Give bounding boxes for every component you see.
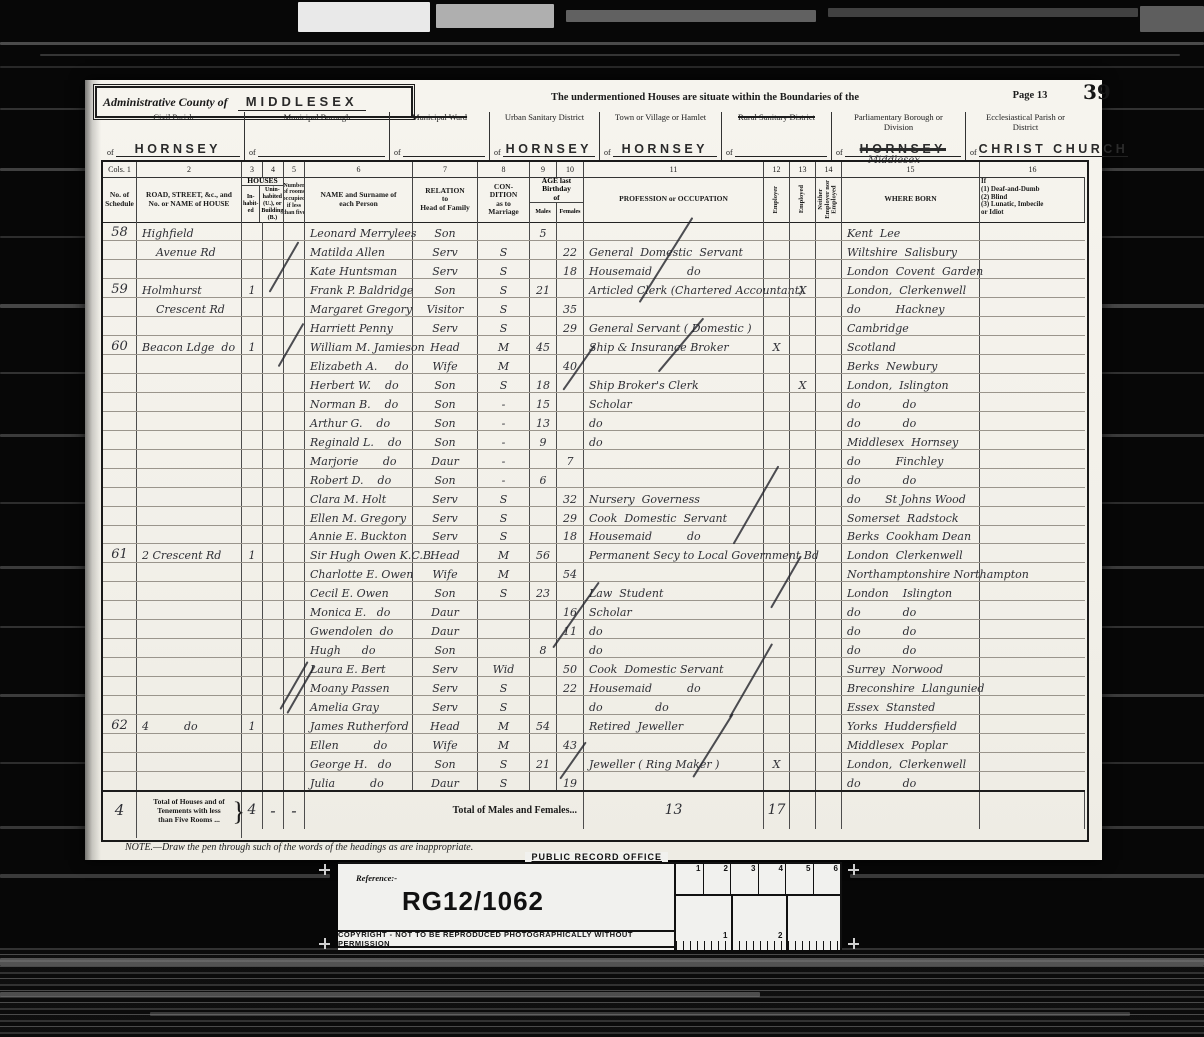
cell-inhabited: 1	[242, 544, 263, 562]
cell-age-female: 50	[557, 658, 584, 676]
cell-employer-mark	[764, 412, 790, 430]
column-number: 4	[263, 162, 284, 177]
cell-neither-mark	[816, 715, 842, 733]
cell-where-born: do do	[842, 772, 980, 790]
ruler-divider	[786, 896, 788, 950]
registration-cross	[848, 938, 859, 949]
stamp-scale-panel: 123456 12	[674, 862, 842, 950]
table-row: 612 Crescent Rd1Sir Hugh Owen K.C.B.Head…	[103, 544, 1085, 563]
cell-name: Herbert W. do	[305, 374, 413, 392]
cell-age-male	[530, 241, 557, 259]
cell-employer-mark	[764, 355, 790, 373]
header-road: ROAD, STREET, &c., and No. or NAME of HO…	[137, 177, 242, 222]
cell-employed-mark: X	[790, 279, 816, 297]
cell-neither-mark	[816, 772, 842, 790]
scan-streak	[0, 992, 760, 997]
cell-employed-mark	[790, 715, 816, 733]
cell-occupation: Housemaid do	[584, 260, 764, 278]
cell-name: Julia do	[305, 772, 413, 790]
page-number: Page 13	[990, 90, 1070, 101]
cell-age-female	[557, 469, 584, 487]
cell-inhabited	[242, 620, 263, 638]
column-number: 6	[305, 162, 413, 177]
cell-employer-mark: X	[764, 336, 790, 354]
district-value-row: ofCHRIST CHURCH	[970, 142, 1081, 157]
cell-relation: Head	[413, 544, 478, 562]
cell-uninhabited	[263, 222, 284, 240]
cell-age-female: 29	[557, 507, 584, 525]
header-houses: HOUSES	[242, 177, 283, 186]
scale-box: 3	[731, 864, 759, 894]
total-empty-infirm	[137, 829, 242, 839]
cell-relation: Wife	[413, 563, 478, 581]
scale-boxes: 123456	[676, 864, 840, 896]
cell-road	[137, 601, 242, 619]
district-value-row: of	[726, 148, 827, 157]
cell-where-born: Surrey Norwood	[842, 658, 980, 676]
header-name: NAME and Surname of each Person	[305, 177, 413, 222]
cell-occupation	[584, 450, 764, 468]
scale-number: 3	[751, 864, 755, 873]
cell-age-female	[557, 279, 584, 297]
cell-age-male: 21	[530, 279, 557, 297]
cell-age-male	[530, 696, 557, 714]
cell-relation: Son	[413, 412, 478, 430]
cell-schedule: 62	[103, 715, 137, 733]
cell-road	[137, 658, 242, 676]
scan-streak	[0, 66, 1204, 68]
cell-relation: Daur	[413, 620, 478, 638]
cell-schedule: 61	[103, 544, 137, 562]
cell-employer-mark	[764, 696, 790, 714]
district-underline	[403, 156, 485, 157]
cell-age-female	[557, 582, 584, 600]
cell-road	[137, 374, 242, 392]
scale-box: 1	[676, 864, 704, 894]
cell-where-born: do do	[842, 393, 980, 411]
cell-age-male	[530, 260, 557, 278]
cell-schedule	[103, 677, 137, 695]
cell-occupation: Scholar	[584, 601, 764, 619]
cell-schedule	[103, 639, 137, 657]
of-label: of	[726, 148, 733, 157]
cell-relation: Son	[413, 222, 478, 240]
cell-employed-mark	[790, 639, 816, 657]
cell-age-male: 5	[530, 222, 557, 240]
cell-infirmity	[980, 412, 1085, 430]
table-row: Ellen doWifeM43Middlesex Poplar	[103, 734, 1085, 753]
cell-neither-mark	[816, 317, 842, 335]
cell-inhabited	[242, 222, 263, 240]
cell-employer-mark: X	[764, 753, 790, 771]
cell-road	[137, 469, 242, 487]
cell-age-male	[530, 488, 557, 506]
header-relation: RELATION to Head of Family	[413, 177, 478, 222]
cell-employed-mark	[790, 431, 816, 449]
table-row: Robert D. doSon-6do do	[103, 469, 1085, 488]
district-cell: Urban Sanitary DistrictofHORNSEY	[490, 112, 600, 160]
cell-employed-mark	[790, 696, 816, 714]
cell-where-born: do do	[842, 639, 980, 657]
of-label: of	[249, 148, 256, 157]
cell-employed-mark	[790, 393, 816, 411]
district-label: Urban Sanitary District	[494, 113, 595, 123]
cell-employer-mark	[764, 715, 790, 733]
table-row: Crescent RdMargaret GregoryVisitorS35do …	[103, 298, 1085, 317]
scale-number: 2	[724, 864, 728, 873]
table-row: Annie E. BucktonServS18Housemaid doBerks…	[103, 526, 1085, 545]
boundary-statement: The undermentioned Houses are situate wi…	[415, 92, 995, 103]
header-inhabited: In- habit- ed	[242, 186, 260, 222]
district-cell: Rural Sanitary Districtof	[722, 112, 832, 160]
district-value-row: ofHORNSEY	[494, 142, 595, 157]
cell-rooms	[284, 772, 305, 790]
table-row: Julia doDaurS19do do	[103, 772, 1085, 790]
table-row: 58HighfieldLeonard MerryleesSon5Kent Lee	[103, 222, 1085, 241]
table-row: Harriett PennyServS29General Servant ( D…	[103, 317, 1085, 336]
table-row: Ellen M. GregoryServS29Cook Domestic Ser…	[103, 507, 1085, 526]
header-males: Males	[530, 203, 557, 222]
district-label: Rural Sanitary District	[726, 113, 827, 123]
table-row: Arthur G. doSon-13dodo do	[103, 412, 1085, 431]
cell-relation: Head	[413, 336, 478, 354]
cell-relation: Serv	[413, 317, 478, 335]
cell-condition: -	[478, 469, 530, 487]
cell-where-born: London, Clerkenwell	[842, 279, 980, 297]
cell-occupation: do	[584, 639, 764, 657]
cell-schedule	[103, 507, 137, 525]
column-number: 12	[764, 162, 790, 177]
cell-uninhabited	[263, 753, 284, 771]
cell-occupation	[584, 734, 764, 752]
cell-where-born: do do	[842, 620, 980, 638]
cell-condition: Wid	[478, 658, 530, 676]
cell-relation: Daur	[413, 601, 478, 619]
cell-age-female: 29	[557, 317, 584, 335]
cell-neither-mark	[816, 450, 842, 468]
cell-infirmity	[980, 696, 1085, 714]
of-label: of	[970, 148, 977, 157]
cell-rooms	[284, 355, 305, 373]
cell-employer-mark	[764, 658, 790, 676]
cell-uninhabited	[263, 317, 284, 335]
header-condition: CON- DITION as to Marriage	[478, 177, 530, 222]
district-cell: Town or Village or HamletofHORNSEY	[600, 112, 722, 160]
cell-schedule	[103, 488, 137, 506]
registration-cross	[319, 938, 330, 949]
cell-where-born: London Covent Garden	[842, 260, 980, 278]
cell-uninhabited	[263, 601, 284, 619]
cell-condition: S	[478, 298, 530, 316]
column-number: 9	[530, 162, 557, 177]
cell-schedule: 58	[103, 222, 137, 240]
cell-age-male	[530, 601, 557, 619]
cell-age-female	[557, 412, 584, 430]
cell-name: James Rutherford	[305, 715, 413, 733]
cell-road	[137, 431, 242, 449]
table-row: Monica E. doDaur16Scholardo do	[103, 601, 1085, 620]
of-label: of	[107, 148, 114, 157]
cell-road	[137, 772, 242, 790]
scan-streak	[1140, 6, 1204, 32]
cell-relation: Serv	[413, 488, 478, 506]
registration-cross	[848, 864, 859, 875]
stamp-left-panel: PUBLIC RECORD OFFICE Reference:- RG12/10…	[338, 862, 674, 950]
cell-schedule	[103, 241, 137, 259]
cell-rooms	[284, 393, 305, 411]
cell-where-born: Middlesex Poplar	[842, 734, 980, 752]
cell-uninhabited	[263, 241, 284, 259]
cell-occupation	[584, 355, 764, 373]
cell-neither-mark	[816, 526, 842, 544]
cell-where-born: London, Clerkenwell	[842, 753, 980, 771]
cell-occupation: Retired Jeweller	[584, 715, 764, 733]
cell-inhabited: 1	[242, 279, 263, 297]
cell-employed-mark	[790, 677, 816, 695]
cell-occupation	[584, 298, 764, 316]
cell-relation: Daur	[413, 772, 478, 790]
cell-where-born: London Islington	[842, 582, 980, 600]
cell-neither-mark	[816, 601, 842, 619]
district-value: HORNSEY	[135, 142, 221, 156]
cell-name: Leonard Merrylees	[305, 222, 413, 240]
cell-road	[137, 507, 242, 525]
scan-streak	[40, 54, 1180, 56]
cell-neither-mark	[816, 544, 842, 562]
total-males: 13	[584, 792, 764, 829]
cell-road: Avenue Rd	[137, 241, 242, 259]
cell-name: Arthur G. do	[305, 412, 413, 430]
cell-inhabited	[242, 488, 263, 506]
district-header-row: Civil ParishofHORNSEYMunicipal Boroughof…	[103, 112, 1085, 160]
column-number: Cols. 1	[103, 162, 137, 177]
table-row: Norman B. doSon-15Scholardo do	[103, 393, 1085, 412]
cell-employer-mark	[764, 734, 790, 752]
cell-uninhabited	[263, 563, 284, 581]
cell-age-female	[557, 639, 584, 657]
reference-label: Reference:-	[356, 873, 397, 883]
cell-age-male: 6	[530, 469, 557, 487]
cell-infirmity	[980, 601, 1085, 619]
cell-inhabited	[242, 507, 263, 525]
cell-employed-mark	[790, 526, 816, 544]
cell-neither-mark	[816, 393, 842, 411]
district-cell: Municipal Wardof	[390, 112, 490, 160]
cell-occupation: Cook Domestic Servant	[584, 507, 764, 525]
cell-neither-mark	[816, 298, 842, 316]
cell-infirmity	[980, 507, 1085, 525]
district-label: Town or Village or Hamlet	[604, 113, 717, 123]
cell-schedule	[103, 260, 137, 278]
cell-age-female: 32	[557, 488, 584, 506]
scale-number: 4	[779, 864, 783, 873]
of-label: of	[394, 148, 401, 157]
cell-uninhabited	[263, 734, 284, 752]
table-row: Amelia GrayServSdo doEssex Stansted	[103, 696, 1085, 715]
scale-box: 4	[759, 864, 787, 894]
scale-number: 1	[696, 864, 700, 873]
cell-age-female	[557, 696, 584, 714]
cell-rooms	[284, 620, 305, 638]
scale-box: 6	[814, 864, 841, 894]
table-row: Charlotte E. OwenWifeM54Northamptonshire…	[103, 563, 1085, 582]
district-value-row: ofHORNSEYMiddlesex	[836, 142, 961, 157]
cell-uninhabited	[263, 298, 284, 316]
cell-road	[137, 488, 242, 506]
copyright-text: COPYRIGHT - NOT TO BE REPRODUCED PHOTOGR…	[338, 930, 674, 948]
cell-condition: S	[478, 677, 530, 695]
cell-condition: -	[478, 412, 530, 430]
total-males-females-label: Total of Males and Females...	[305, 792, 584, 829]
cell-employer-mark	[764, 374, 790, 392]
cell-inhabited	[242, 601, 263, 619]
cell-age-female	[557, 336, 584, 354]
cell-infirmity	[980, 469, 1085, 487]
ruler-ticks	[676, 941, 840, 950]
cell-infirmity	[980, 450, 1085, 468]
cell-where-born: Wiltshire Salisbury	[842, 241, 980, 259]
scale-number: 6	[834, 864, 838, 873]
cell-where-born: London Clerkenwell	[842, 544, 980, 562]
district-value-row: ofHORNSEY	[604, 142, 717, 157]
header-employed: Employed	[790, 177, 816, 222]
cell-uninhabited	[263, 658, 284, 676]
cell-age-male	[530, 507, 557, 525]
admin-county-value: MIDDLESEX	[238, 94, 366, 111]
cell-employer-mark	[764, 279, 790, 297]
cell-where-born: Berks Newbury	[842, 355, 980, 373]
district-value: HORNSEY	[860, 142, 946, 156]
cell-employed-mark	[790, 582, 816, 600]
reference-number: RG12/1062	[402, 886, 544, 917]
cell-neither-mark	[816, 507, 842, 525]
column-number: 13	[790, 162, 816, 177]
cell-age-male: 54	[530, 715, 557, 733]
cell-neither-mark	[816, 582, 842, 600]
cell-inhabited	[242, 734, 263, 752]
cell-occupation: do	[584, 620, 764, 638]
cell-road	[137, 582, 242, 600]
table-row: Reginald L. doSon-9doMiddlesex Hornsey	[103, 431, 1085, 450]
cell-occupation: do	[584, 412, 764, 430]
cell-age-male	[530, 734, 557, 752]
cell-name: Laura E. Bert	[305, 658, 413, 676]
footnote: NOTE.—Draw the pen through such of the w…	[125, 842, 473, 853]
cell-schedule	[103, 355, 137, 373]
scan-streak	[0, 42, 1204, 45]
cell-neither-mark	[816, 374, 842, 392]
cell-age-female: 7	[557, 450, 584, 468]
cell-where-born: do Finchley	[842, 450, 980, 468]
column-number: 3	[242, 162, 263, 177]
cell-condition	[478, 639, 530, 657]
cell-rooms	[284, 715, 305, 733]
cell-schedule: 60	[103, 336, 137, 354]
cell-inhabited	[242, 526, 263, 544]
table-row: Marjorie doDaur-7do Finchley	[103, 450, 1085, 469]
cell-schedule	[103, 393, 137, 411]
cell-where-born: Cambridge	[842, 317, 980, 335]
cell-schedule	[103, 753, 137, 771]
cell-occupation	[584, 469, 764, 487]
cell-name: Robert D. do	[305, 469, 413, 487]
cell-uninhabited	[263, 450, 284, 468]
cell-rooms	[284, 639, 305, 657]
cell-road	[137, 620, 242, 638]
cell-condition: -	[478, 450, 530, 468]
cell-age-male	[530, 355, 557, 373]
cell-rooms	[284, 563, 305, 581]
cell-relation: Son	[413, 374, 478, 392]
district-cell: Municipal Boroughof	[245, 112, 390, 160]
cell-infirmity	[980, 298, 1085, 316]
cell-uninhabited	[263, 431, 284, 449]
total-empty-e13	[842, 792, 980, 829]
cell-infirmity	[980, 241, 1085, 259]
column-number: 2	[137, 162, 242, 177]
column-number: 10	[557, 162, 584, 177]
cell-inhabited	[242, 677, 263, 695]
cell-neither-mark	[816, 469, 842, 487]
total-females: 17	[764, 792, 790, 829]
cell-uninhabited	[263, 677, 284, 695]
cell-age-female: 22	[557, 241, 584, 259]
cell-employed-mark	[790, 772, 816, 790]
cell-name: Reginald L. do	[305, 431, 413, 449]
cell-employed-mark	[790, 336, 816, 354]
cell-condition: S	[478, 260, 530, 278]
cell-condition: M	[478, 544, 530, 562]
cell-infirmity	[980, 336, 1085, 354]
cell-where-born: Scotland	[842, 336, 980, 354]
cell-where-born: Kent Lee	[842, 222, 980, 240]
cell-condition	[478, 620, 530, 638]
total-houses-label: Total of Houses and of Tenements with le…	[137, 792, 242, 829]
cell-where-born: Essex Stansted	[842, 696, 980, 714]
cell-condition: S	[478, 526, 530, 544]
district-cell: Civil ParishofHORNSEY	[103, 112, 245, 160]
cell-employed-mark	[790, 620, 816, 638]
cell-inhabited	[242, 260, 263, 278]
cell-employer-mark	[764, 677, 790, 695]
cell-occupation: General Servant ( Domestic )	[584, 317, 764, 335]
cell-employed-mark	[790, 601, 816, 619]
cell-infirmity	[980, 753, 1085, 771]
scan-streak	[850, 874, 1204, 878]
table-row: Kate HuntsmanServS18Housemaid doLondon C…	[103, 260, 1085, 279]
cell-road	[137, 753, 242, 771]
cell-rooms	[284, 544, 305, 562]
cell-age-male	[530, 677, 557, 695]
cell-rooms	[284, 753, 305, 771]
cell-infirmity	[980, 734, 1085, 752]
cell-age-male	[530, 563, 557, 581]
cell-schedule	[103, 696, 137, 714]
pro-office-title: PUBLIC RECORD OFFICE	[525, 852, 668, 862]
district-underline	[735, 156, 827, 157]
cell-neither-mark	[816, 677, 842, 695]
scan-streak	[298, 2, 430, 32]
cell-inhabited	[242, 469, 263, 487]
cell-name: Annie E. Buckton	[305, 526, 413, 544]
cell-uninhabited	[263, 507, 284, 525]
cell-name: Frank P. Baldridge	[305, 279, 413, 297]
cell-condition: S	[478, 317, 530, 335]
cell-employer-mark	[764, 298, 790, 316]
cell-rooms	[284, 526, 305, 544]
cell-schedule	[103, 601, 137, 619]
cell-inhabited	[242, 241, 263, 259]
